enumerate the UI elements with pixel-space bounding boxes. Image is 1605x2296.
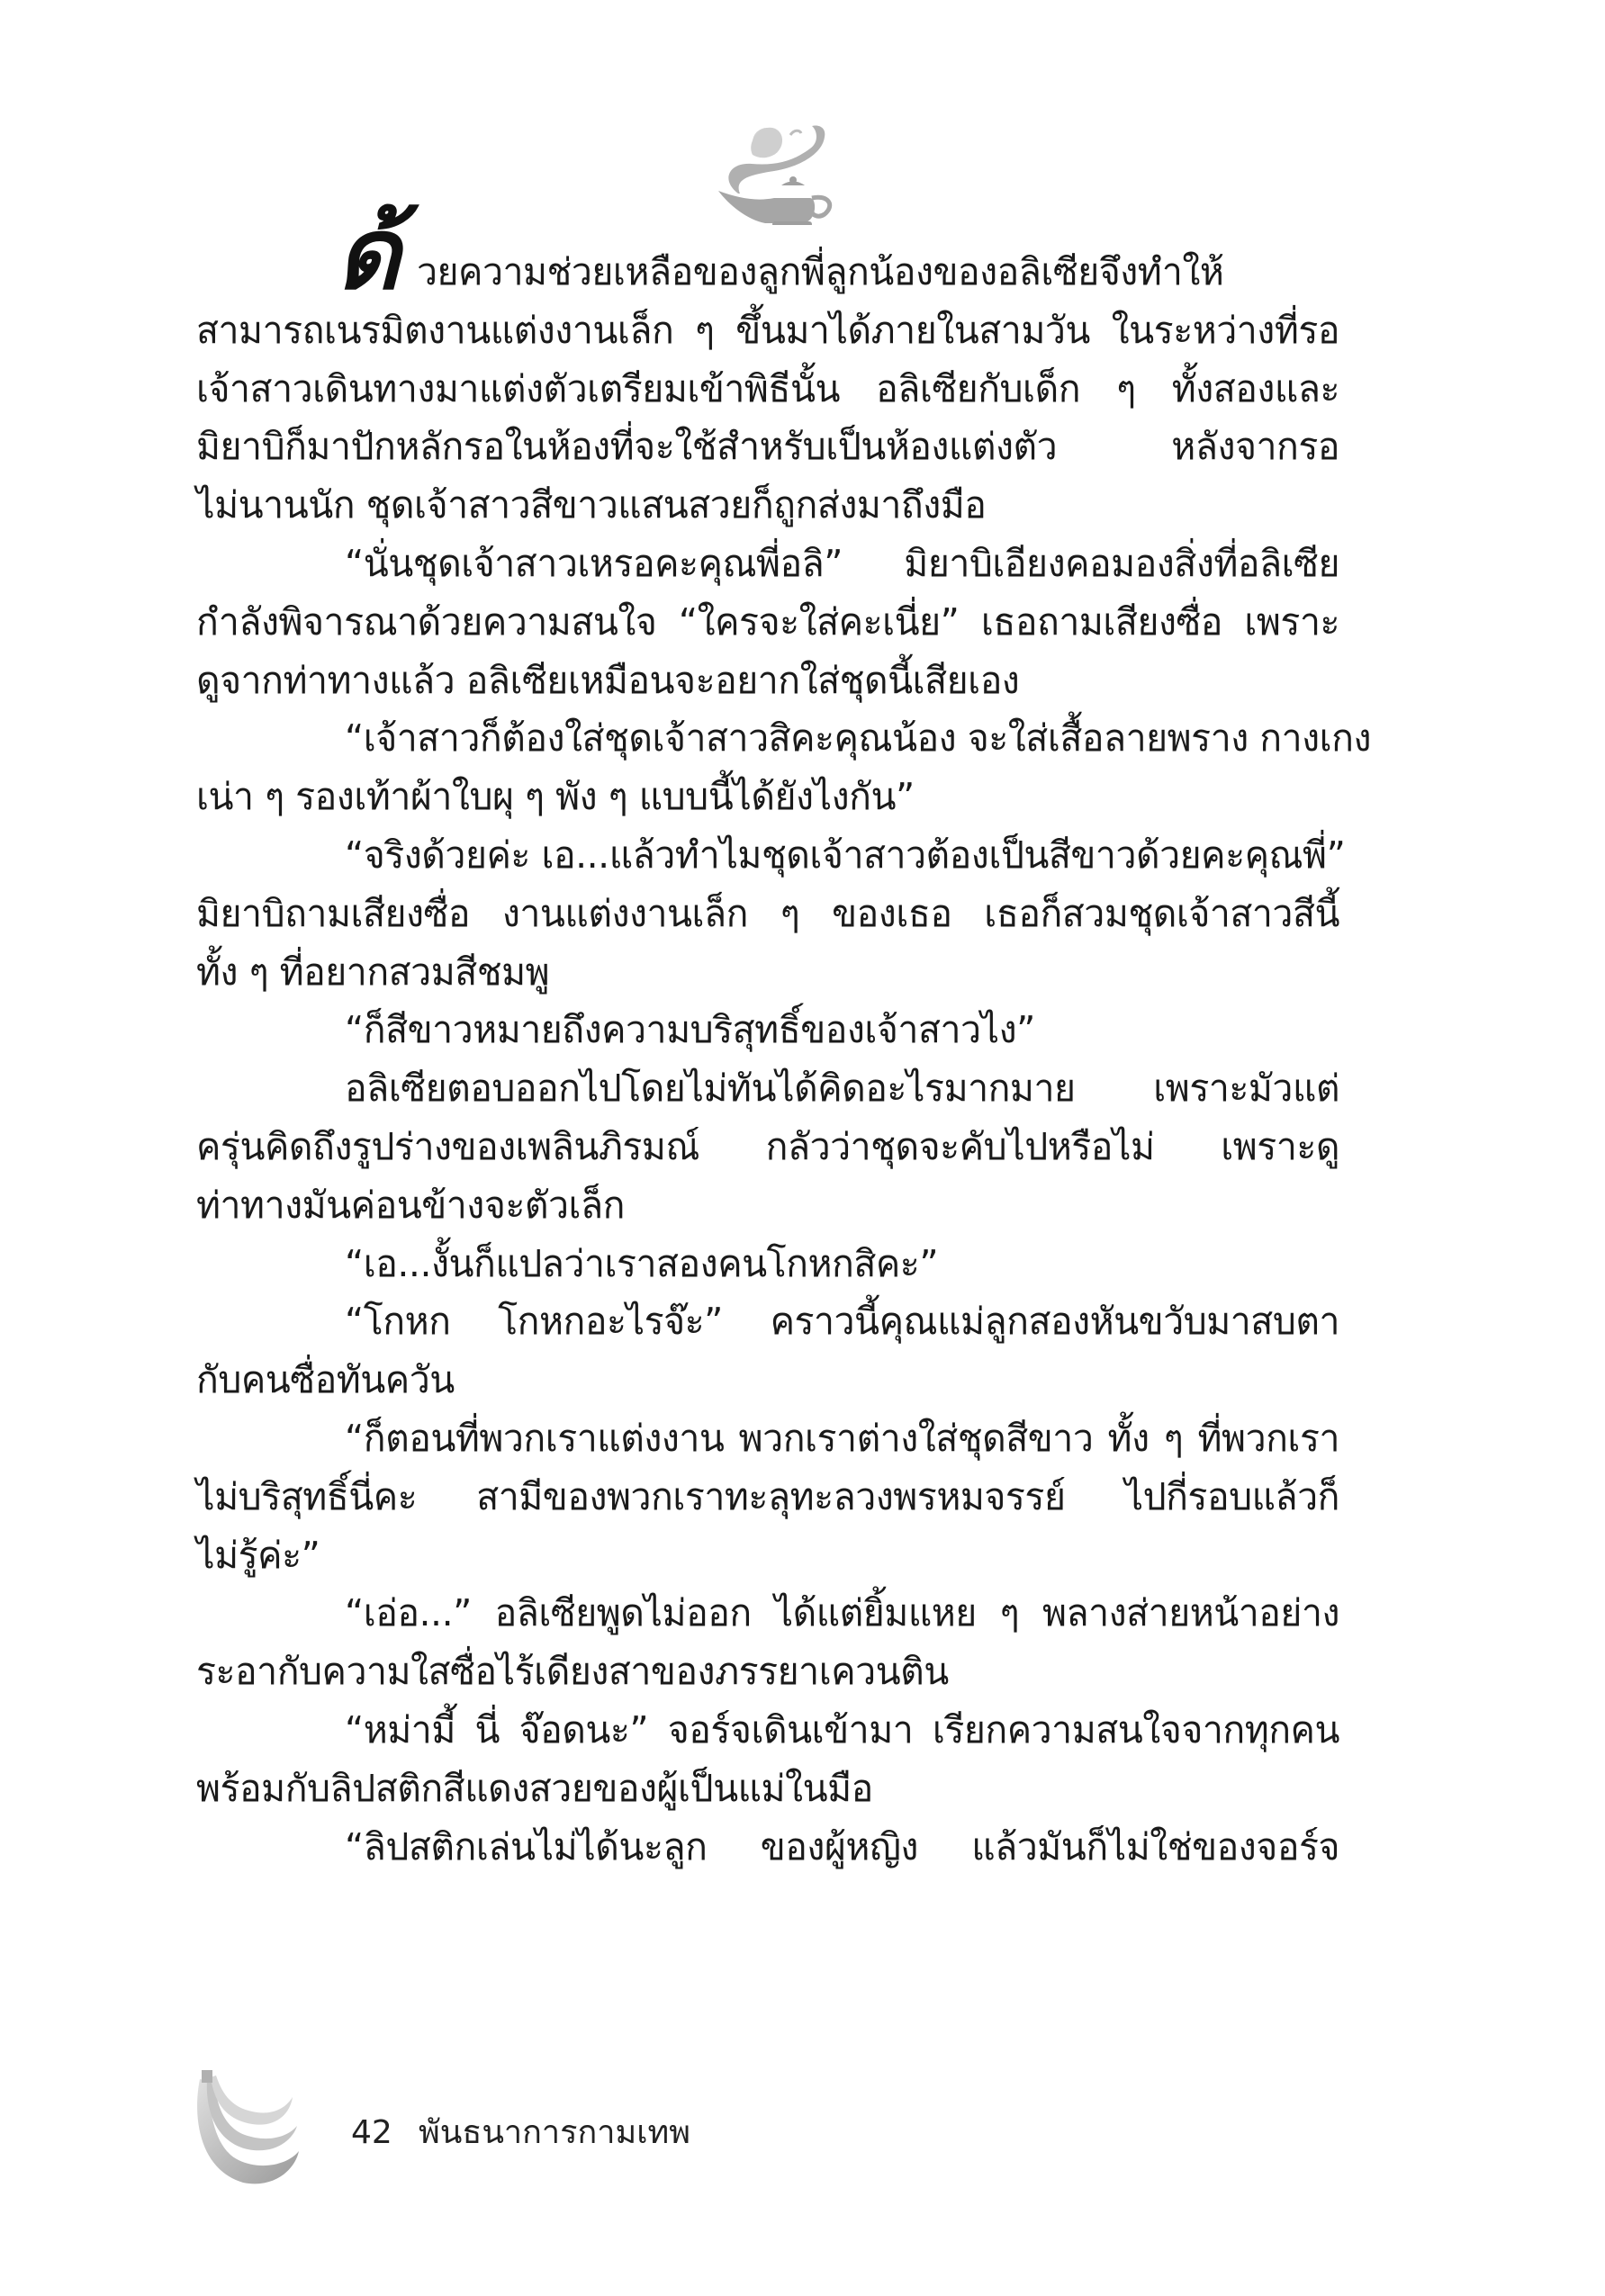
drop-cap: ด้ [336,200,400,308]
paragraph-line: มิยาบิถามเสียงซื่อ งานแต่งงานเล็ก ๆ ของเ… [196,885,1339,943]
paragraph-line: “ลิปสติกเล่นไม่ได้นะลูก ของผู้หญิง แล้วม… [196,1818,1339,1877]
paragraph-line: มิยาบิก็มาปักหลักรอในห้องที่จะใช้สำหรับเ… [196,418,1339,476]
paragraph-line: กับคนซื่อทันควัน [196,1351,1339,1409]
paragraph-line: ทั้ง ๆ ที่อยากสวมสีชมพู [196,943,1339,1002]
paragraph-line: “เอ...งั้นก็แปลว่าเราสองคนโกหกสิคะ” [196,1235,1339,1293]
paragraph-line: “เอ่อ...” อลิเซียพูดไม่ออก ได้แต่ยิ้มแหย… [196,1584,1339,1643]
paragraph-line: ดูจากท่าทางแล้ว อลิเซียเหมือนจะอยากใส่ชุ… [196,652,1339,710]
page-number: 42 [351,2106,392,2160]
paragraph-line: “หม่ามี้ นี่ จ๊อดนะ” จอร์จเดินเข้ามา เรี… [196,1701,1339,1760]
paragraph-line: ระอากับความใสซื่อไร้เดียงสาของภรรยาเควนต… [196,1643,1339,1701]
paragraph-line: เน่า ๆ รองเท้าผ้าใบผุ ๆ พัง ๆ แบบนี้ได้ย… [196,768,1339,826]
book-title: พันธนาการกามเทพ [419,2106,690,2160]
paragraph-line: ไม่นานนัก ชุดเจ้าสาวสีขาวแสนสวยก็ถูกส่งม… [196,476,1339,535]
paragraph-line: “โกหก โกหกอะไรจ๊ะ” คราวนี้คุณแม่ลูกสองหั… [196,1292,1339,1351]
banana-bunch-icon [189,2070,315,2196]
genie-lamp-icon [711,108,855,225]
paragraph-line: “เจ้าสาวก็ต้องใส่ชุดเจ้าสาวสิคะคุณน้อง จ… [196,709,1339,768]
paragraph-line: เจ้าสาวเดินทางมาแต่งตัวเตรียมเข้าพิธีนั้… [196,360,1339,419]
paragraph-line: “จริงด้วยค่ะ เอ...แล้วทำไมชุดเจ้าสาวต้อง… [196,826,1339,885]
paragraph-line: กำลังพิจารณาด้วยความสนใจ “ใครจะใส่คะเนี่… [196,593,1339,652]
paragraph-line: “นั่นชุดเจ้าสาวเหรอคะคุณพี่อลิ” มิยาบิเอ… [196,535,1339,593]
paragraph-line: “ก็สีขาวหมายถึงความบริสุทธิ์ของเจ้าสาวไง… [196,1001,1339,1059]
chapter-body: ด้ วยความช่วยเหลือของลูกพี่ลูกน้องของอลิ… [196,243,1339,1876]
paragraph-line: ท่าทางมันค่อนข้างจะตัวเล็ก [196,1176,1339,1235]
page-footer: 42 พันธนาการกามเทพ [189,2070,999,2205]
paragraph-line: ไม่รู้ค่ะ” [196,1526,1339,1585]
book-page: ด้ วยความช่วยเหลือของลูกพี่ลูกน้องของอลิ… [0,0,1605,2296]
paragraph-line: ครุ่นคิดถึงรูปร่างของเพลินภิรมณ์ กลัวว่า… [196,1118,1339,1176]
paragraph-line: พร้อมกับลิปสติกสีแดงสวยของผู้เป็นแม่ในมื… [196,1760,1339,1818]
paragraph-line: ไม่บริสุทธิ์นี่คะ สามีของพวกเราทะลุทะลวง… [196,1468,1339,1526]
paragraph-line: อลิเซียตอบออกไปโดยไม่ทันได้คิดอะไรมากมาย… [196,1059,1339,1118]
paragraph-line: ด้ วยความช่วยเหลือของลูกพี่ลูกน้องของอลิ… [196,243,1339,302]
paragraph-line: “ก็ตอนที่พวกเราแต่งงาน พวกเราต่างใส่ชุดส… [196,1409,1339,1468]
